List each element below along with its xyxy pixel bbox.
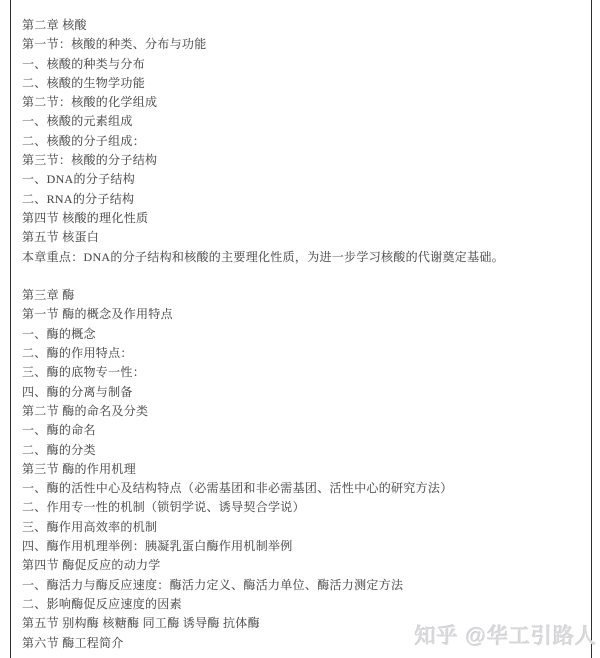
- outline-line: 四、酶作用机理举例：胰凝乳蛋白酶作用机制举例: [22, 537, 583, 556]
- outline-line: 第三节 酶的作用机理: [22, 460, 583, 479]
- outline-line: 第二节：核酸的化学组成: [22, 93, 583, 112]
- outline-line: 二、RNA的分子结构: [22, 190, 583, 209]
- blank-line: [22, 267, 583, 286]
- outline-line: 一、酶活力与酶反应速度：酶活力定义、酶活力单位、酶活力测定方法: [22, 576, 583, 595]
- outline-line: 一、酶的活性中心及结构特点（必需基团和非必需基团、活性中心的研究方法）: [22, 479, 583, 498]
- outline-line: 二、核酸的生物学功能: [22, 74, 583, 93]
- outline-line: 二、影响酶促反应速度的因素: [22, 595, 583, 614]
- outline-lines: 第二章 核酸第一节：核酸的种类、分布与功能一、核酸的种类与分布二、核酸的生物学功…: [11, 0, 591, 653]
- outline-line: 二、酶的作用特点：: [22, 344, 583, 363]
- outline-line: 第二节 酶的命名及分类: [22, 402, 583, 421]
- outline-line: 四、酶的分离与制备: [22, 383, 583, 402]
- outline-line: 一、核酸的种类与分布: [22, 55, 583, 74]
- outline-line: 第一节 酶的概念及作用特点: [22, 305, 583, 324]
- watermark: 知乎 @华工引路人: [415, 620, 597, 650]
- outline-line: 第五节 核蛋白: [22, 228, 583, 247]
- outline-line: 一、酶的命名: [22, 421, 583, 440]
- outline-line: 第三章 酶: [22, 286, 583, 305]
- outline-line: 一、酶的概念: [22, 325, 583, 344]
- outline-line: 三、酶作用高效率的机制: [22, 518, 583, 537]
- outline-line: 第四节 酶促反应的动力学: [22, 556, 583, 575]
- outline-line: 二、作用专一性的机制（锁钥学说、诱导契合学说）: [22, 498, 583, 517]
- outline-line: 一、DNA的分子结构: [22, 170, 583, 189]
- outline-line: 第一节：核酸的种类、分布与功能: [22, 35, 583, 54]
- outline-line: 二、酶的分类: [22, 441, 583, 460]
- document-page: 第二章 核酸第一节：核酸的种类、分布与功能一、核酸的种类与分布二、核酸的生物学功…: [10, 0, 592, 658]
- outline-line: 本章重点：DNA的分子结构和核酸的主要理化性质，为进一步学习核酸的代谢奠定基础。: [22, 248, 583, 267]
- outline-line: 一、核酸的元素组成: [22, 112, 583, 131]
- outline-line: 第三节：核酸的分子结构: [22, 151, 583, 170]
- outline-line: 第二章 核酸: [22, 16, 583, 35]
- outline-line: 第四节 核酸的理化性质: [22, 209, 583, 228]
- outline-line: 三、酶的底物专一性：: [22, 363, 583, 382]
- outline-line: 二、核酸的分子组成：: [22, 132, 583, 151]
